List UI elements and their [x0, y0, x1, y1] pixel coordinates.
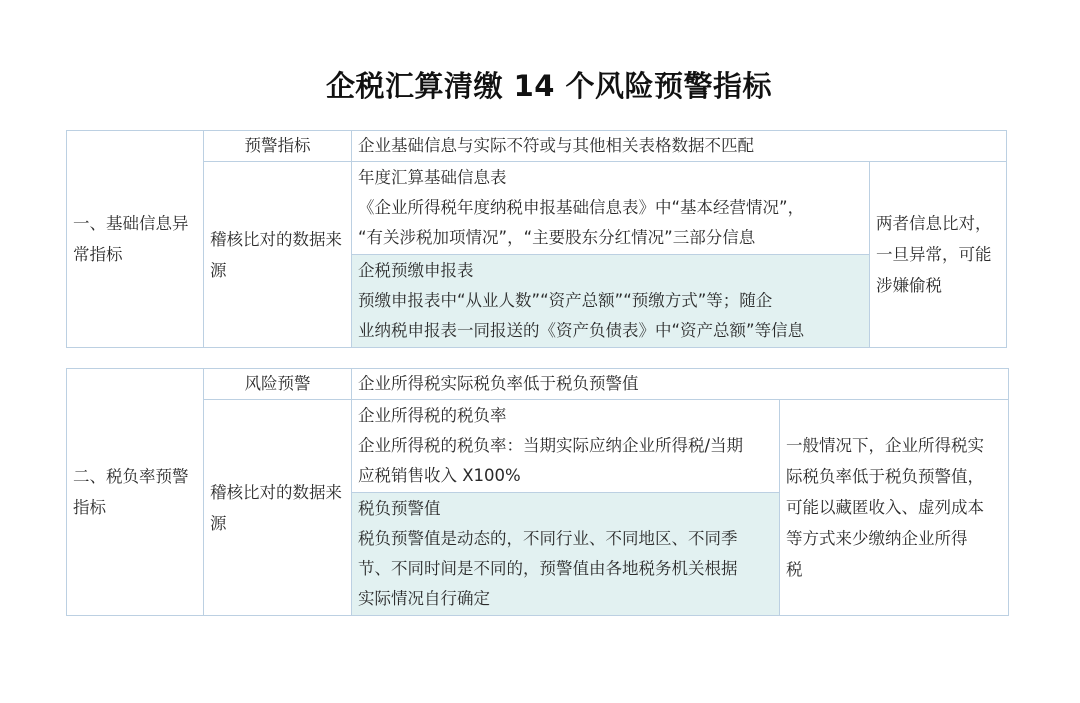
category-label: 二、税负率预警指标 — [73, 467, 189, 517]
note-cell: 一般情况下，企业所得税实 际税负率低于税负预警值， 可能以藏匿收入、虚列成本 等… — [780, 400, 1009, 616]
header-label-cell: 风险预警 — [204, 369, 352, 400]
page-title: 企税汇算清缴 14 个风险预警指标 — [0, 64, 1080, 105]
source-line: 应税销售收入 X100% — [358, 461, 773, 491]
source-title: 税负预警值 — [358, 494, 773, 524]
source-line: 企业所得税的税负率：当期实际应纳企业所得税/当期 — [358, 431, 773, 461]
source-label-cell: 稽核比对的数据来源 — [204, 162, 352, 348]
source-line: “有关涉税加项情况”，“主要股东分红情况”三部分信息 — [358, 223, 863, 253]
note-line: 等方式来少缴纳企业所得 — [786, 523, 1002, 554]
category-cell: 一、基础信息异常指标 — [67, 131, 204, 348]
note-line: 一旦异常，可能 — [876, 239, 1000, 270]
note-line: 涉嫌偷税 — [876, 270, 1000, 301]
indicator-table-tax-burden: 二、税负率预警指标 风险预警 企业所得税实际税负率低于税负预警值 稽核比对的数据… — [66, 368, 1009, 616]
source-line: 节、不同时间是不同的，预警值由各地税务机关根据 — [358, 554, 773, 584]
source-line: 《企业所得税年度纳税申报基础信息表》中“基本经营情况”， — [358, 193, 863, 223]
note-line: 一般情况下，企业所得税实 — [786, 430, 1002, 461]
source-line: 税负预警值是动态的，不同行业、不同地区、不同季 — [358, 524, 773, 554]
source-title: 企业所得税的税负率 — [358, 401, 773, 431]
source-block-tax-rate: 企业所得税的税负率 企业所得税的税负率：当期实际应纳企业所得税/当期 应税销售收… — [352, 400, 780, 493]
category-label: 一、基础信息异常指标 — [73, 214, 189, 264]
header-label-cell: 预警指标 — [204, 131, 352, 162]
source-line: 业纳税申报表一同报送的《资产负债表》中“资产总额”等信息 — [358, 316, 863, 346]
source-block-annual-info: 年度汇算基础信息表 《企业所得税年度纳税申报基础信息表》中“基本经营情况”， “… — [352, 162, 870, 255]
header-value-cell: 企业基础信息与实际不符或与其他相关表格数据不匹配 — [352, 131, 1007, 162]
header-value-cell: 企业所得税实际税负率低于税负预警值 — [352, 369, 1009, 400]
source-line: 预缴申报表中“从业人数”“资产总额”“预缴方式”等；随企 — [358, 286, 863, 316]
source-line: 实际情况自行确定 — [358, 584, 773, 614]
indicator-table-basic-info: 一、基础信息异常指标 预警指标 企业基础信息与实际不符或与其他相关表格数据不匹配… — [66, 130, 1007, 348]
source-label-cell: 稽核比对的数据来源 — [204, 400, 352, 616]
category-cell: 二、税负率预警指标 — [67, 369, 204, 616]
source-title: 企税预缴申报表 — [358, 256, 863, 286]
note-line: 税 — [786, 554, 1002, 585]
source-block-warning-value: 税负预警值 税负预警值是动态的，不同行业、不同地区、不同季 节、不同时间是不同的… — [352, 493, 780, 616]
note-line: 可能以藏匿收入、虚列成本 — [786, 492, 1002, 523]
note-line: 际税负率低于税负预警值， — [786, 461, 1002, 492]
source-title: 年度汇算基础信息表 — [358, 163, 863, 193]
note-cell: 两者信息比对， 一旦异常，可能 涉嫌偷税 — [870, 162, 1007, 348]
note-line: 两者信息比对， — [876, 208, 1000, 239]
source-block-prepayment: 企税预缴申报表 预缴申报表中“从业人数”“资产总额”“预缴方式”等；随企 业纳税… — [352, 255, 870, 348]
